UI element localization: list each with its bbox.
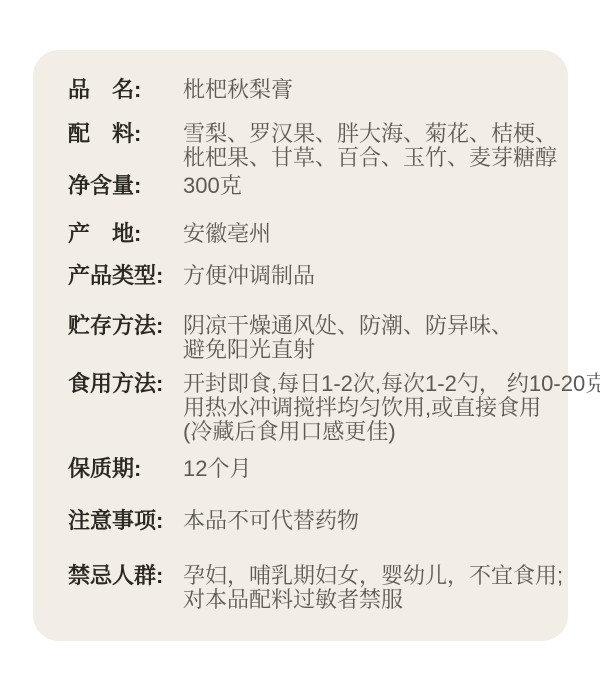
spec-value-contraindicated-group: 孕妇，哺乳期妇女，婴幼儿，不宜食用; 对本品配料过敏者禁服 <box>183 564 563 612</box>
spec-label-usage-method: 食用方法: <box>68 372 183 396</box>
spec-row-net-content: 净含量: 300克 <box>68 174 550 198</box>
spec-row-shelf-life: 保质期: 12个月 <box>68 457 550 481</box>
spec-row-product-name: 品 名: 枇杷秋梨膏 <box>68 78 550 102</box>
spec-label-contraindicated-group: 禁忌人群: <box>68 564 183 588</box>
spec-value-usage-method: 开封即食,每日1-2次,每次1-2勺， 约10-20克, 用热水冲调搅拌均匀饮用… <box>183 372 600 444</box>
spec-value-ingredients: 雪梨、罗汉果、胖大海、菊花、桔梗、 枇杷果、甘草、百合、玉竹、麦芽糖醇 <box>183 122 557 170</box>
spec-label-net-content: 净含量: <box>68 174 183 198</box>
spec-label-precautions: 注意事项: <box>68 509 183 533</box>
spec-value-precautions: 本品不可代替药物 <box>183 509 550 533</box>
spec-row-origin: 产 地: 安徽亳州 <box>68 222 550 246</box>
spec-row-usage-method: 食用方法: 开封即食,每日1-2次,每次1-2勺， 约10-20克, 用热水冲调… <box>68 372 550 444</box>
spec-label-product-name: 品 名: <box>68 78 183 102</box>
product-spec-card: 品 名: 枇杷秋梨膏 配 料: 雪梨、罗汉果、胖大海、菊花、桔梗、 枇杷果、甘草… <box>33 50 568 641</box>
spec-row-product-type: 产品类型: 方便冲调制品 <box>68 264 550 288</box>
spec-value-storage-method: 阴凉干燥通风处、防潮、防异味、 避免阳光直射 <box>183 314 550 362</box>
spec-row-contraindicated-group: 禁忌人群: 孕妇，哺乳期妇女，婴幼儿，不宜食用; 对本品配料过敏者禁服 <box>68 564 550 612</box>
spec-row-ingredients: 配 料: 雪梨、罗汉果、胖大海、菊花、桔梗、 枇杷果、甘草、百合、玉竹、麦芽糖醇 <box>68 122 550 170</box>
spec-row-precautions: 注意事项: 本品不可代替药物 <box>68 509 550 533</box>
spec-label-shelf-life: 保质期: <box>68 457 183 481</box>
spec-value-net-content: 300克 <box>183 174 550 198</box>
spec-row-storage-method: 贮存方法: 阴凉干燥通风处、防潮、防异味、 避免阳光直射 <box>68 314 550 362</box>
spec-value-product-name: 枇杷秋梨膏 <box>183 78 550 102</box>
spec-label-origin: 产 地: <box>68 222 183 246</box>
spec-label-ingredients: 配 料: <box>68 122 183 146</box>
spec-label-product-type: 产品类型: <box>68 264 183 288</box>
spec-value-product-type: 方便冲调制品 <box>183 264 550 288</box>
spec-value-origin: 安徽亳州 <box>183 222 550 246</box>
spec-label-storage-method: 贮存方法: <box>68 314 183 338</box>
spec-value-shelf-life: 12个月 <box>183 457 550 481</box>
